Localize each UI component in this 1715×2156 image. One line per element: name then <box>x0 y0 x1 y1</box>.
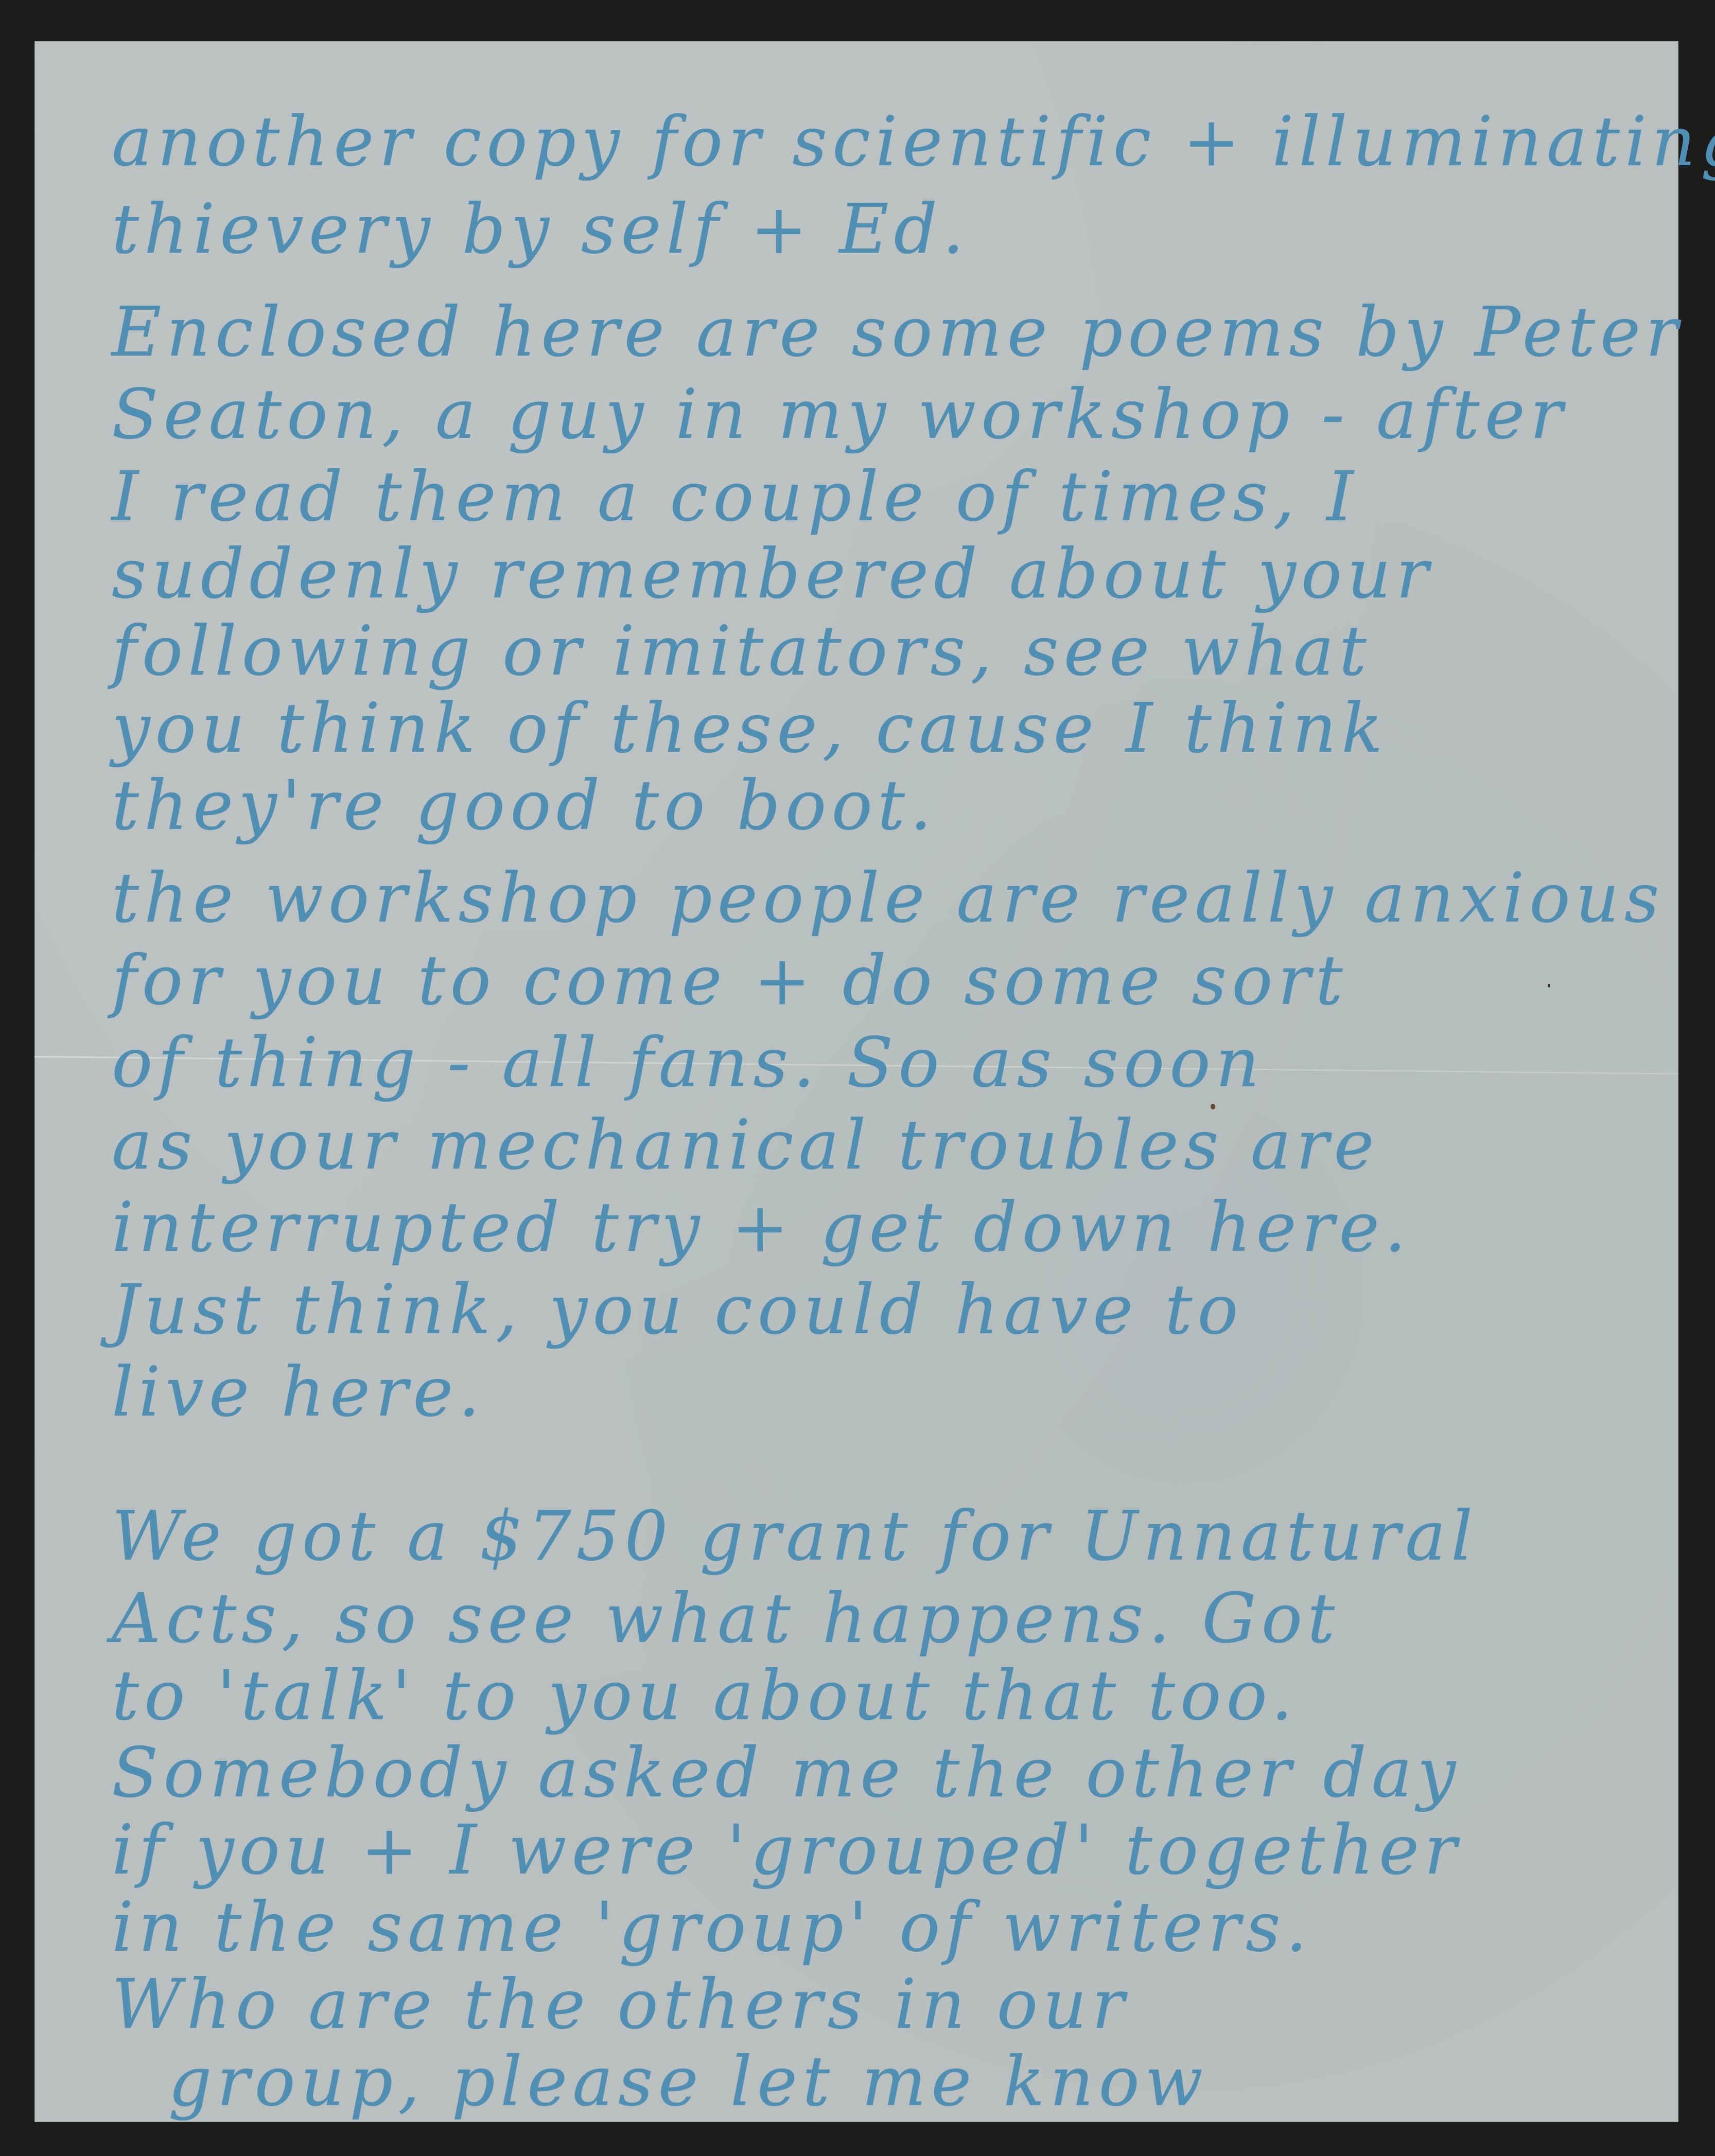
handwritten-line: of thing - all fans. So as soon <box>112 1029 1265 1097</box>
handwritten-line: Who are the others in our <box>112 1971 1129 2039</box>
handwritten-line: We got a $750 grant for Unnatural <box>112 1503 1478 1570</box>
handwritten-line: they're good to boot. <box>112 772 937 840</box>
handwritten-line: group, please let me know <box>168 2048 1208 2116</box>
handwritten-line: I read them a couple of times, I <box>112 463 1358 531</box>
handwritten-line: to 'talk' to you about that too. <box>112 1662 1298 1730</box>
handwritten-line: thievery by self + Ed. <box>112 196 969 263</box>
ink-speck <box>1548 984 1550 987</box>
handwritten-line: Just think, you could have to <box>112 1276 1244 1344</box>
handwritten-line: Somebody asked me the other day <box>112 1739 1461 1807</box>
handwritten-line: Enclosed here are some poems by Peter <box>112 298 1683 366</box>
handwritten-line: interrupted try + get down here. <box>112 1194 1411 1262</box>
handwritten-line: as your mechanical troubles are <box>112 1111 1379 1179</box>
handwritten-line: Acts, so see what happens. Got <box>112 1585 1340 1653</box>
handwritten-line: another copy for scientific + illuminati… <box>112 108 1715 176</box>
handwritten-line: live here. <box>112 1358 485 1426</box>
letter-page: another copy for scientific + illuminati… <box>34 41 1678 2122</box>
handwritten-line: the workshop people are really anxious <box>112 864 1665 932</box>
handwritten-line: suddenly remembered about your <box>112 540 1433 608</box>
handwritten-line: for you to come + do some sort <box>112 947 1348 1015</box>
handwritten-line: following or imitators, see what <box>112 617 1372 685</box>
handwritten-line: if you + I were 'grouped' together <box>112 1816 1462 1884</box>
handwritten-line: you think of these, cause I think <box>112 695 1388 763</box>
handwritten-line: Seaton, a guy in my workshop - after <box>112 381 1568 449</box>
handwritten-line: in the same 'group' of writers. <box>112 1894 1312 1961</box>
